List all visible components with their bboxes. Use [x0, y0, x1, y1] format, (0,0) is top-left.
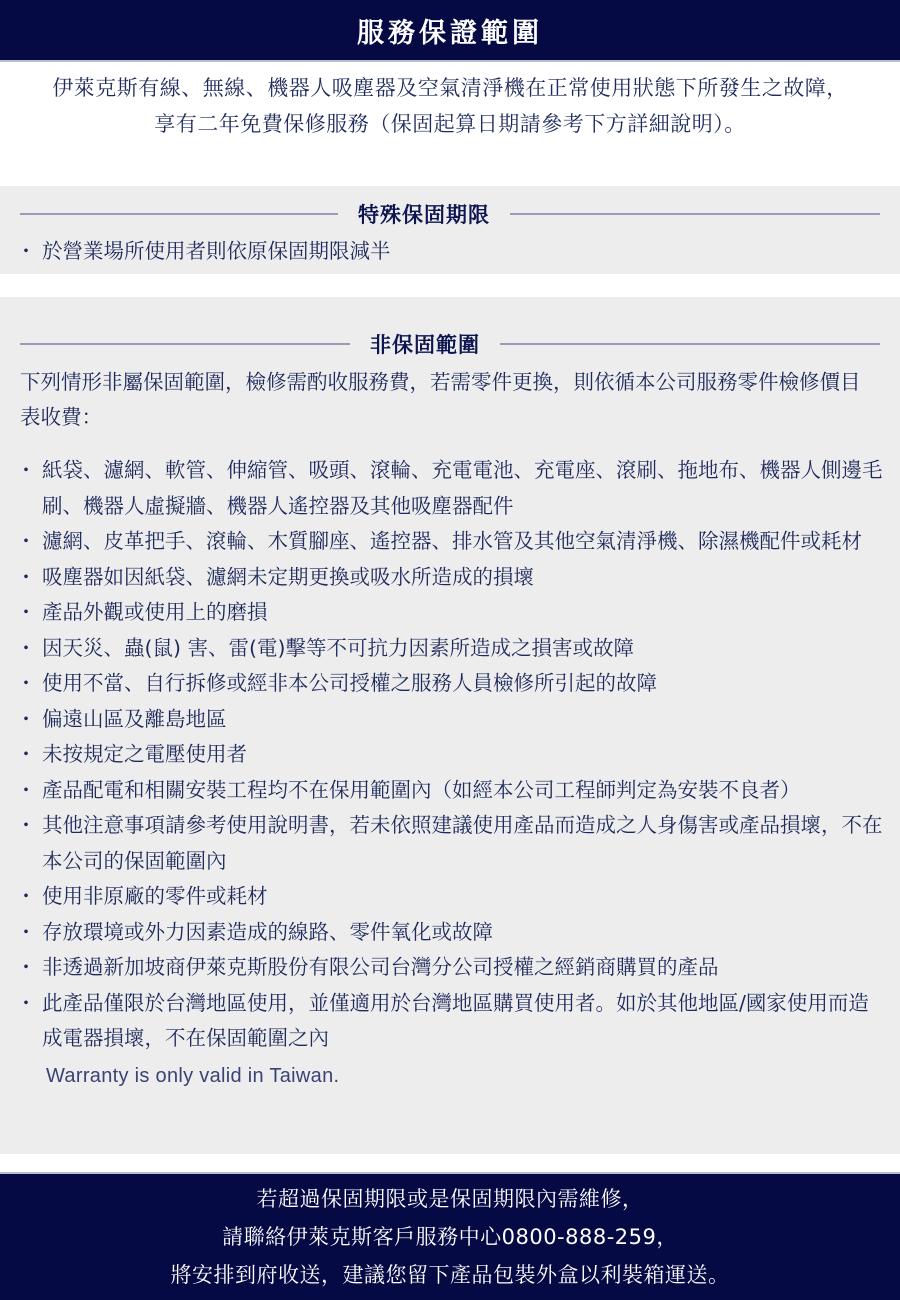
list-item: 濾網、皮革把手、滾輪、木質腳座、遙控器、排水管及其他空氣清淨機、除濕機配件或耗材 — [20, 524, 885, 560]
list-item: 於營業場所使用者則依原保固期限減半 — [20, 234, 885, 268]
divider-line — [20, 343, 350, 345]
footer-contact-line: 請聯絡伊萊克斯客戶服務中心0800-888-259， — [222, 1218, 678, 1256]
excluded-panel: 非保固範圍 下列情形非屬保固範圍，檢修需酌收服務費，若需零件更換，則依循本公司服… — [0, 297, 900, 1154]
page-title: 服務保證範圍 — [357, 11, 543, 50]
section-heading: 特殊保固期限 — [20, 199, 880, 229]
list-item: 因天災、蟲(鼠) 害、雷(電)擊等不可抗力因素所造成之損害或故障 — [20, 631, 885, 667]
list-item: 非透過新加坡商伊萊克斯股份有限公司台灣分公司授權之經銷商購買的產品 — [20, 950, 885, 986]
section-title: 非保固範圍 — [350, 329, 500, 359]
list-item: 產品外觀或使用上的磨損 — [20, 595, 885, 631]
special-warranty-list: 於營業場所使用者則依原保固期限減半 — [20, 234, 885, 268]
excluded-list: 紙袋、濾網、軟管、伸縮管、吸頭、滾輪、充電電池、充電座、滾刷、拖地布、機器人側邊… — [20, 453, 885, 1095]
list-item: 紙袋、濾網、軟管、伸縮管、吸頭、滾輪、充電電池、充電座、滾刷、拖地布、機器人側邊… — [20, 453, 885, 524]
excluded-intro-text: 下列情形非屬保固範圍，檢修需酌收服務費，若需零件更換，則依循本公司服務零件檢修價… — [20, 365, 880, 435]
header-bar: 服務保證範圍 — [0, 0, 900, 62]
list-item: 此產品僅限於台灣地區使用，並僅適用於台灣地區購買使用者。如於其他地區/國家使用而… — [20, 986, 885, 1057]
list-item: 存放環境或外力因素造成的線路、零件氧化或故障 — [20, 915, 885, 951]
list-item: 使用不當、自行拆修或經非本公司授權之服務人員檢修所引起的故障 — [20, 666, 885, 702]
list-item: 其他注意事項請參考使用說明書，若未依照建議使用產品而造成之人身傷害或產品損壞，不… — [20, 808, 885, 879]
english-warranty-note: Warranty is only valid in Taiwan. — [20, 1057, 885, 1095]
special-warranty-panel: 特殊保固期限 於營業場所使用者則依原保固期限減半 — [0, 186, 900, 274]
list-item: 使用非原廠的零件或耗材 — [20, 879, 885, 915]
footer-line: 將安排到府收送，建議您留下產品包裝外盒以利裝箱運送。 — [171, 1256, 730, 1294]
intro-line: 伊萊克斯有線、無線、機器人吸塵器及空氣清淨機在正常使用狀態下所發生之故障， — [0, 70, 900, 106]
contact-footer: 若超過保固期限或是保固期限內需維修， 請聯絡伊萊克斯客戶服務中心0800-888… — [0, 1172, 900, 1300]
footer-line: 若超過保固期限或是保固期限內需維修， — [257, 1180, 644, 1218]
divider-line — [20, 213, 338, 215]
intro-text: 伊萊克斯有線、無線、機器人吸塵器及空氣清淨機在正常使用狀態下所發生之故障， 享有… — [0, 70, 900, 142]
section-heading: 非保固範圍 — [20, 329, 880, 359]
list-item: 偏遠山區及離島地區 — [20, 702, 885, 738]
list-item: 吸塵器如因紙袋、濾網未定期更換或吸水所造成的損壞 — [20, 560, 885, 596]
list-item: 未按規定之電壓使用者 — [20, 737, 885, 773]
intro-line: 享有二年免費保修服務（保固起算日期請參考下方詳細說明）。 — [0, 106, 900, 142]
divider-line — [510, 213, 880, 215]
section-title: 特殊保固期限 — [338, 199, 510, 229]
divider-line — [500, 343, 880, 345]
list-item: 產品配電和相關安裝工程均不在保用範圍內（如經本公司工程師判定為安裝不良者） — [20, 773, 885, 809]
